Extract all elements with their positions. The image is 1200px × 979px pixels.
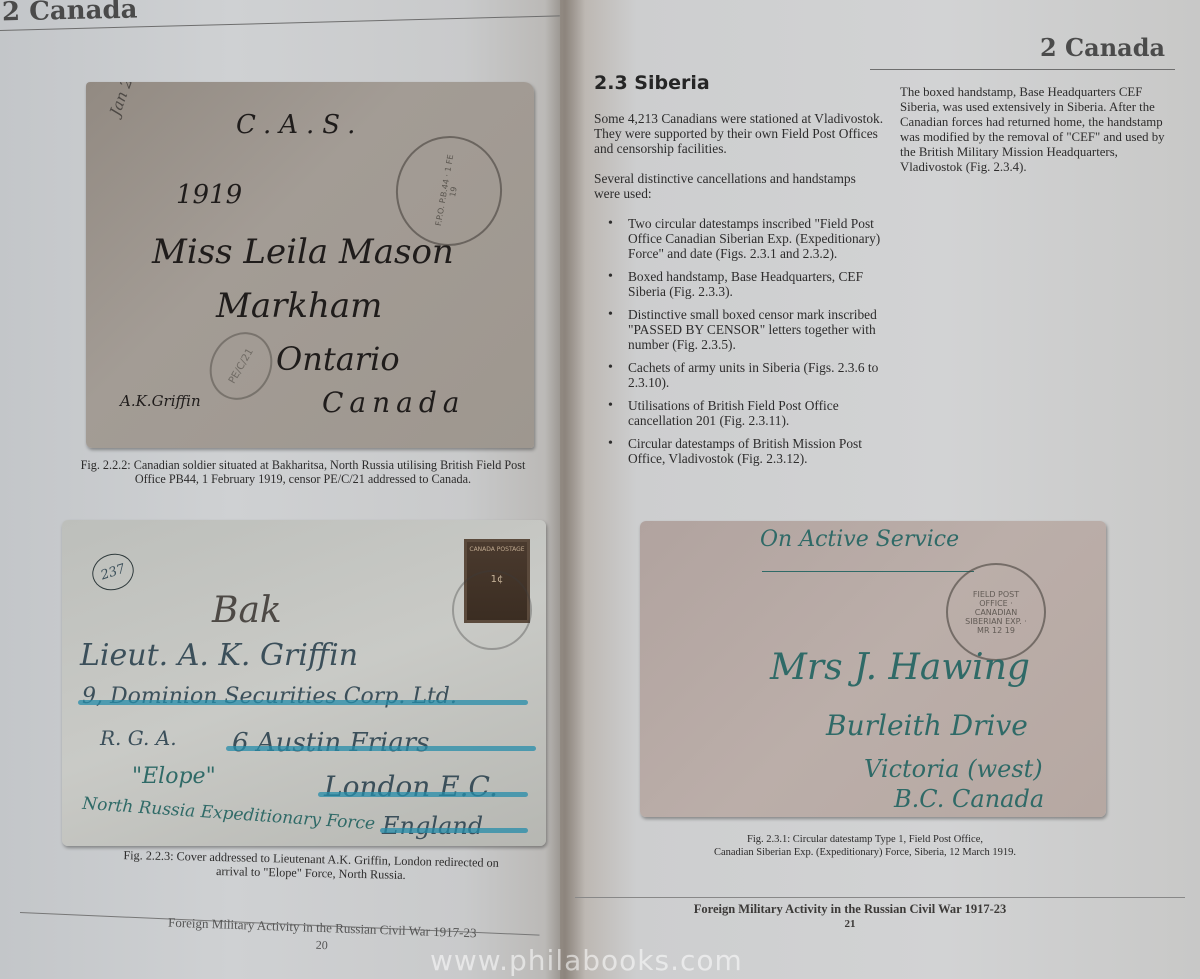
list-item: Utilisations of British Field Post Offic… xyxy=(628,398,884,428)
handwriting-line-4-struck: London E.C. xyxy=(324,770,498,803)
handwriting-address-country: Canada xyxy=(322,386,465,419)
paragraph: Some 4,213 Canadians were stationed at V… xyxy=(594,111,884,156)
figure-2-3-1-postcard: On Active Service FIELD POST OFFICE · CA… xyxy=(640,521,1106,817)
list-item: Two circular datestamps inscribed "Field… xyxy=(628,216,884,261)
bullet-list: Two circular datestamps inscribed "Field… xyxy=(594,216,884,466)
handwriting-line-3-struck: 6 Austin Friars xyxy=(232,728,430,758)
list-item: Distinctive small boxed censor mark insc… xyxy=(628,307,884,352)
handwriting-service: C.A.S. xyxy=(236,110,363,140)
paragraph: Several distinctive cancellations and ha… xyxy=(594,171,884,201)
handwriting-year: 1919 xyxy=(176,180,242,210)
handwriting-line-1: Lieut. A. K. Griffin xyxy=(80,638,358,673)
blue-crayon-strike xyxy=(318,792,528,797)
figure-caption: Fig. 2.3.1: Circular datestamp Type 1, F… xyxy=(660,833,1070,859)
handwriting-city: Victoria (west) xyxy=(864,755,1043,783)
header-rule-right xyxy=(870,69,1175,70)
handwriting-street: Burleith Drive xyxy=(826,709,1028,742)
handwriting-sender: A.K.Griffin xyxy=(120,392,201,410)
handwriting-line-3-left: R. G. A. xyxy=(100,726,177,750)
handwriting-address-town: Markham xyxy=(216,286,382,326)
list-item: Boxed handstamp, Base Headquarters, CEF … xyxy=(628,269,884,299)
blue-crayon-strike xyxy=(78,700,528,705)
footer-right: Foreign Military Activity in the Russian… xyxy=(650,902,1050,930)
open-book-spread: 2 Canada Jan 28 / 26 - 77 C.A.S. 1919 Mi… xyxy=(0,0,1200,979)
figure-2-2-2-envelope: Jan 28 / 26 - 77 C.A.S. 1919 Miss Leila … xyxy=(86,82,534,448)
circled-number: 237 xyxy=(87,548,138,595)
running-head-right: 2 Canada xyxy=(1040,33,1165,62)
censor-oval-mark: PE/C/21 xyxy=(198,321,285,412)
underline xyxy=(762,571,974,572)
handwriting-address-name: Miss Leila Mason xyxy=(152,232,454,272)
section-heading: 2.3 Siberia xyxy=(594,72,710,94)
figure-caption: Fig. 2.2.2: Canadian soldier situated at… xyxy=(78,458,528,486)
blue-crayon-strike xyxy=(226,746,536,751)
list-item: Cachets of army units in Siberia (Figs. … xyxy=(628,360,884,390)
footer-book-title: Foreign Military Activity in the Russian… xyxy=(694,902,1007,916)
stamp-cancellation xyxy=(452,570,532,650)
pencil-note-bak: Bak xyxy=(212,590,282,631)
handwriting-line-2: 9, Dominion Securities Corp. Ltd. xyxy=(82,684,457,709)
figure-2-2-3-envelope: 237 Bak CANADA POSTAGE 1¢ Lieut. A. K. G… xyxy=(62,520,546,846)
handwriting-on-active-service: On Active Service xyxy=(760,527,959,552)
blue-crayon-strike xyxy=(380,828,528,833)
handwriting-province-country: B.C. Canada xyxy=(894,785,1044,813)
footer-rule-right xyxy=(575,897,1185,898)
pencil-note: Jan 28 / 26 - 77 xyxy=(106,82,163,118)
list-item: Circular datestamps of British Mission P… xyxy=(628,436,884,466)
side-text-column: The boxed handstamp, Base Headquarters C… xyxy=(900,85,1180,175)
book-spine-shadow xyxy=(545,0,585,979)
main-text-column: Some 4,213 Canadians were stationed at V… xyxy=(594,111,884,474)
handwriting-address-province: Ontario xyxy=(276,340,400,378)
page-number: 21 xyxy=(650,918,1050,930)
running-head-left: 2 Canada xyxy=(2,0,138,27)
watermark: www.philabooks.com xyxy=(430,944,743,977)
handwriting-line-4-left: "Elope" xyxy=(132,764,216,789)
handwriting-line-5-struck: England xyxy=(382,812,483,840)
handwriting-addressee: Mrs J. Hawing xyxy=(770,647,1030,688)
